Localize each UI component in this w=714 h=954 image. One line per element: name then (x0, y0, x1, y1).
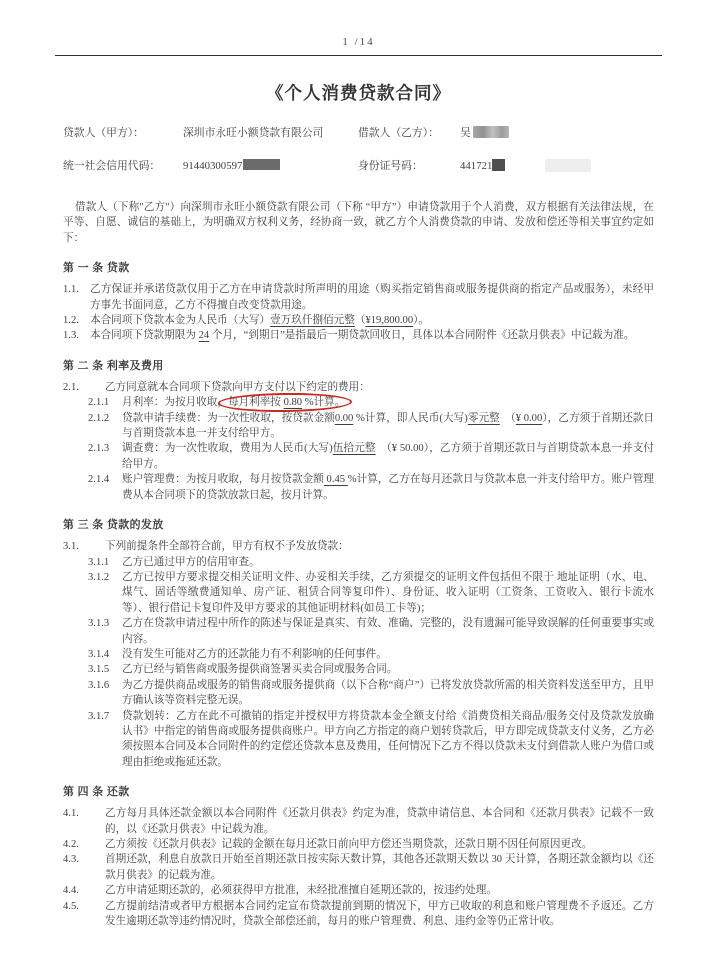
clause-number: 2.1.3 (88, 441, 122, 472)
underlined-value: 0.45 (324, 474, 348, 485)
clause-text: 乙方须按《还款月供表》记载的金额在每月还款日前向甲方偿还当期贷款，还款日期不因任… (105, 837, 654, 852)
underlined-value: 零元整 (468, 413, 500, 424)
clause-text: 为乙方提供商品或服务的销售商或服务提供商（以下合称“商户”）已将发放贷款所需的相… (122, 678, 654, 709)
clause-item: 3.1.2乙方已按甲方要求提交相关证明文件、办妥相关手续，乙方须提交的证明文件包… (88, 570, 654, 616)
clause-item: 2.1.2贷款申请手续费：为一次性收取，按贷款金额0.00 %计算，即人民币(大… (88, 411, 654, 442)
clause-text: 乙方已经与销售商或服务提供商签署买卖合同或服务合同。 (122, 662, 654, 677)
text-run: 乙方申请延期还款的，必须获得甲方批准，未经批准擅自延期还款的，按违约处理。 (105, 885, 497, 896)
clause-item: 3.1.1乙方已通过甲方的信用审查。 (88, 555, 654, 570)
clause-text: 下列前提条件全部符合前，甲方有权不予发放贷款： (105, 539, 654, 554)
section-heading: 第 二 条 利率及费用 (63, 357, 654, 373)
text-run: 为乙方提供商品或服务的销售商或服务提供商（以下合称“商户”）已将发放贷款所需的相… (122, 680, 654, 706)
clause-number: 2.1.2 (88, 411, 122, 442)
text-run: ）。 (413, 315, 429, 326)
contract-page: 1 /14 《个人消费贷款合同》 贷款人（甲方）： 深圳市永旺小额贷款有限公司 … (0, 0, 714, 954)
page-number: 1 /14 (63, 36, 654, 48)
clause-item: 3.1.4没有发生可能对乙方的还款能力有不利影响的任何事件。 (88, 647, 654, 662)
contract-body: 第 一 条 贷款1.1.乙方保证并承诺贷款仅用于乙方在申请贷款时所声明的用途（购… (63, 259, 654, 929)
clause-item: 4.4.乙方申请延期还款的，必须获得甲方批准，未经批准擅自延期还款的，按违约处理… (63, 883, 654, 898)
borrower-name-visible: 吴 (460, 127, 471, 139)
clause-text: 乙方同意就本合同项下贷款向甲方支付以下约定的费用： (105, 380, 654, 395)
clause-number: 1.1. (63, 282, 90, 313)
underlined-value: 0.00 (335, 413, 354, 424)
contract-section: 第 二 条 利率及费用2.1.乙方同意就本合同项下贷款向甲方支付以下约定的费用：… (63, 357, 654, 503)
id-number-value: 441721 (460, 159, 654, 174)
header-rule (55, 55, 662, 56)
text-run: 个月，“到期日”是指最后一期贷款回收日，具体以本合同附件《还款月供表》中记载为准… (209, 330, 634, 341)
clause-number: 2.1.1 (88, 395, 122, 410)
clause-text: 乙方提前结清或者甲方根据本合同约定宣布贷款提前到期的情况下，甲方已收取的利息和账… (105, 899, 654, 930)
text-run: 本合同项下贷款本金为人民币（大写） (90, 315, 270, 326)
contract-section: 第 三 条 贷款的发放3.1.下列前提条件全部符合前，甲方有权不予发放贷款：3.… (63, 516, 654, 770)
text-run: （ (500, 413, 516, 424)
lender-value: 深圳市永旺小额贷款有限公司 (183, 126, 358, 141)
section-heading: 第 三 条 贷款的发放 (63, 516, 654, 532)
clause-item: 4.1.乙方每月具体还款金额以本合同附件《还款月供表》约定为准，贷款申请信息、本… (63, 806, 654, 837)
clause-number: 4.5. (63, 899, 105, 930)
redaction-block (473, 126, 509, 138)
clause-text: 乙方已按甲方要求提交相关证明文件、办妥相关手续，乙方须提交的证明文件包括但不限于… (122, 570, 654, 616)
clause-text: 乙方申请延期还款的，必须获得甲方批准，未经批准擅自延期还款的，按违约处理。 (105, 883, 654, 898)
party-info: 贷款人（甲方）： 深圳市永旺小额贷款有限公司 借款人（乙方）： 吴 统一社会信用… (63, 126, 654, 174)
clause-item: 2.1.1月利率：为按月收取，每月利率按 0.80 %计算。 (88, 395, 654, 410)
clause-text: 本合同项下贷款本金为人民币（大写）壹万玖仟捌佰元整（¥19,800.00）。 (90, 313, 654, 328)
clause-number: 3.1.3 (88, 616, 122, 647)
credit-code-label: 统一社会信用代码： (63, 159, 183, 174)
clause-text: 乙方已通过甲方的信用审查。 (122, 555, 654, 570)
underlined-value: 伍拾元整 (333, 443, 376, 454)
text-run: 贷款划转：乙方在此不可撤销的指定并授权甲方将贷款本金全额支付给《消费贷相关商品/… (122, 711, 654, 768)
text-run: 乙方保证并承诺贷款仅用于乙方在申请贷款时所声明的用途（购买指定销售商或服务提供商… (90, 284, 654, 310)
text-run: 乙方在贷款申请过程中所作的陈述与保证是真实、有效、准确、完整的，没有遗漏可能导致… (122, 618, 654, 644)
clause-item: 3.1.下列前提条件全部符合前，甲方有权不予发放贷款： (63, 539, 654, 554)
credit-code-value: 91440300597 (183, 159, 358, 174)
clause-text: 乙方在贷款申请过程中所作的陈述与保证是真实、有效、准确、完整的，没有遗漏可能导致… (122, 616, 654, 647)
clause-number: 3.1.1 (88, 555, 122, 570)
text-run: 乙方提前结清或者甲方根据本合同约定宣布贷款提前到期的情况下，甲方已收取的利息和账… (105, 901, 654, 927)
text-run: 乙方须按《还款月供表》记载的金额在每月还款日前向甲方偿还当期贷款，还款日期不因任… (105, 839, 592, 850)
id-number-label: 身份证号码： (358, 159, 460, 174)
clause-number: 1.2. (63, 313, 90, 328)
section-heading: 第 四 条 还款 (63, 783, 654, 799)
text-run: （ (355, 315, 366, 326)
clause-number: 3.1. (63, 539, 105, 554)
clause-item: 2.1.4账户管理费：为按月收取，每月按贷款金额 0.45 %计算，乙方在每月还… (88, 472, 654, 503)
clause-item: 1.3.本合同项下贷款期限为 24 个月，“到期日”是指最后一期贷款回收日，具体… (63, 328, 654, 343)
clause-item: 3.1.5乙方已经与销售商或服务提供商签署买卖合同或服务合同。 (88, 662, 654, 677)
clause-item: 2.1.乙方同意就本合同项下贷款向甲方支付以下约定的费用： (63, 380, 654, 395)
underlined-value: 24 (199, 330, 210, 341)
text-run: 乙方已通过甲方的信用审查。 (122, 557, 260, 568)
contract-section: 第 一 条 贷款1.1.乙方保证并承诺贷款仅用于乙方在申请贷款时所声明的用途（购… (63, 259, 654, 344)
clause-number: 4.2. (63, 837, 105, 852)
clause-number: 4.4. (63, 883, 105, 898)
clause-text: 调查费：为一次性收取，费用为人民币(大写)伍拾元整 （¥ 50.00），乙方须于… (122, 441, 654, 472)
text-run: 月利率：为按月收取， (122, 397, 228, 408)
clause-text: 本合同项下贷款期限为 24 个月，“到期日”是指最后一期贷款回收日，具体以本合同… (90, 328, 654, 343)
clause-item: 3.1.6为乙方提供商品或服务的销售商或服务提供商（以下合称“商户”）已将发放贷… (88, 678, 654, 709)
clause-item: 4.3.首期还款，利息自放款日开始至首期还款日按实际天数计算，其他各还款期天数以… (63, 852, 654, 883)
credit-code-visible: 91440300597 (183, 160, 242, 172)
borrower-label: 借款人（乙方）： (358, 126, 460, 141)
clause-text: 月利率：为按月收取，每月利率按 0.80 %计算。 (122, 395, 654, 410)
text-run: 没有发生可能对乙方的还款能力有不利影响的任何事件。 (122, 649, 387, 660)
clause-number: 3.1.2 (88, 570, 122, 616)
text-run: 每月利率按 (228, 397, 284, 408)
underlined-value: 壹万玖仟捌佰元整 (270, 315, 355, 326)
clause-item: 4.5.乙方提前结清或者甲方根据本合同约定宣布贷款提前到期的情况下，甲方已收取的… (63, 899, 654, 930)
red-circle-annotation: 每月利率按 0.80 %计算。 (228, 397, 345, 408)
clause-item: 4.2.乙方须按《还款月供表》记载的金额在每月还款日前向甲方偿还当期贷款，还款日… (63, 837, 654, 852)
redaction-block-faint (545, 159, 591, 172)
lender-label: 贷款人（甲方）： (63, 126, 183, 141)
clause-text: 乙方每月具体还款金额以本合同附件《还款月供表》约定为准，贷款申请信息、本合同和《… (105, 806, 654, 837)
clause-number: 4.3. (63, 852, 105, 883)
clause-number: 3.1.6 (88, 678, 122, 709)
text-run: 贷款申请手续费：为一次性收取，按贷款金额 (122, 413, 335, 424)
underlined-value: ¥ 0.00 (516, 413, 543, 424)
clause-text: 没有发生可能对乙方的还款能力有不利影响的任何事件。 (122, 647, 654, 662)
document-title: 《个人消费贷款合同》 (63, 80, 654, 105)
text-run: 首期还款，利息自放款日开始至首期还款日按实际天数计算，其他各还款期天数以 30 … (105, 854, 654, 880)
clause-item: 1.1.乙方保证并承诺贷款仅用于乙方在申请贷款时所声明的用途（购买指定销售商或服… (63, 282, 654, 313)
redaction-block (492, 159, 505, 171)
clause-number: 3.1.7 (88, 709, 122, 771)
clause-text: 乙方保证并承诺贷款仅用于乙方在申请贷款时所声明的用途（购买指定销售商或服务提供商… (90, 282, 654, 313)
text-run: 下列前提条件全部符合前，甲方有权不予发放贷款： (105, 541, 349, 552)
redaction-block (243, 159, 280, 170)
clause-number: 2.1.4 (88, 472, 122, 503)
clause-item: 3.1.7贷款划转：乙方在此不可撤销的指定并授权甲方将贷款本金全额支付给《消费贷… (88, 709, 654, 771)
intro-paragraph: 借款人（下称"乙方"）向深圳市永旺小额贷款有限公司（下称 “甲方”）申请贷款用于… (63, 200, 654, 246)
borrower-value: 吴 (460, 126, 654, 141)
clause-number: 3.1.5 (88, 662, 122, 677)
text-run: 乙方已经与销售商或服务提供商签署买卖合同或服务合同。 (122, 664, 397, 675)
clause-text: 账户管理费：为按月收取，每月按贷款金额 0.45 %计算，乙方在每月还款日与贷款… (122, 472, 654, 503)
clause-number: 1.3. (63, 328, 90, 343)
clause-number: 4.1. (63, 806, 105, 837)
contract-section: 第 四 条 还款4.1.乙方每月具体还款金额以本合同附件《还款月供表》约定为准，… (63, 783, 654, 929)
clause-text: 首期还款，利息自放款日开始至首期还款日按实际天数计算，其他各还款期天数以 30 … (105, 852, 654, 883)
clause-number: 2.1. (63, 380, 105, 395)
clause-item: 3.1.3乙方在贷款申请过程中所作的陈述与保证是真实、有效、准确、完整的，没有遗… (88, 616, 654, 647)
underlined-value: 0.80 (284, 397, 303, 408)
text-run: 乙方同意就本合同项下贷款向甲方支付以下约定的费用： (105, 382, 370, 393)
text-run: 乙方已按甲方要求提交相关证明文件、办妥相关手续，乙方须提交的证明文件包括但不限于… (122, 572, 654, 614)
text-run: 本合同项下贷款期限为 (90, 330, 199, 341)
text-run: 乙方每月具体还款金额以本合同附件《还款月供表》约定为准，贷款申请信息、本合同和《… (105, 808, 654, 834)
text-run: 调查费：为一次性收取，费用为人民币(大写) (122, 443, 333, 454)
text-run: %计算。 (302, 397, 345, 408)
text-run: 账户管理费：为按月收取，每月按贷款金额 (122, 474, 324, 485)
text-run: %计算，即人民币(大写) (353, 413, 467, 424)
id-number-visible: 441721 (460, 160, 492, 172)
clause-text: 贷款申请手续费：为一次性收取，按贷款金额0.00 %计算，即人民币(大写)零元整… (122, 411, 654, 442)
clause-number: 3.1.4 (88, 647, 122, 662)
underlined-value: ¥19,800.00 (365, 315, 413, 326)
clause-item: 2.1.3调查费：为一次性收取，费用为人民币(大写)伍拾元整 （¥ 50.00）… (88, 441, 654, 472)
clause-item: 1.2.本合同项下贷款本金为人民币（大写）壹万玖仟捌佰元整（¥19,800.00… (63, 313, 654, 328)
clause-text: 贷款划转：乙方在此不可撤销的指定并授权甲方将贷款本金全额支付给《消费贷相关商品/… (122, 709, 654, 771)
section-heading: 第 一 条 贷款 (63, 259, 654, 275)
